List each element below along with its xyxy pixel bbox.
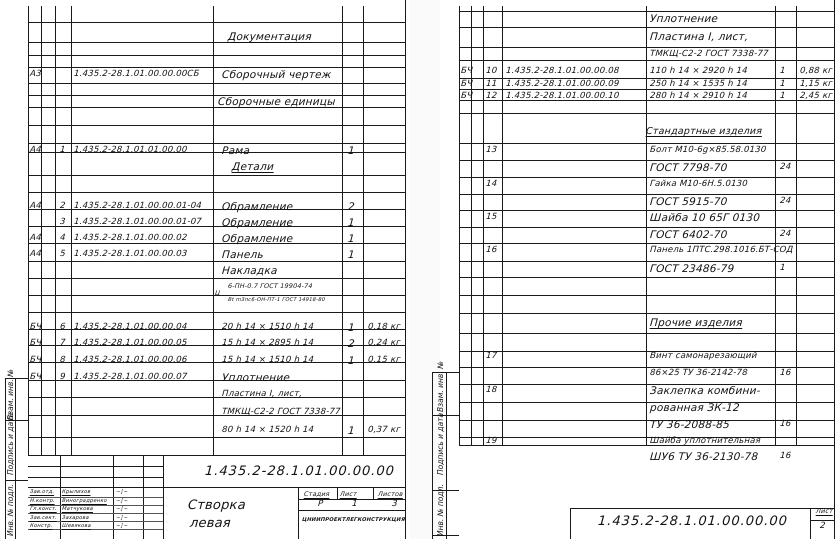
section-other-items: Прочие изделия	[650, 318, 743, 329]
row-position: 12	[486, 92, 498, 101]
sheet-value: 2	[820, 522, 826, 531]
grid-line	[28, 397, 405, 398]
signature-role: Зав.сект.	[30, 516, 57, 521]
row-quantity: 16	[780, 420, 792, 429]
nakladka-prefix: Ц	[215, 290, 221, 296]
grid-line	[28, 55, 405, 56]
signature-name: Матчукова	[62, 507, 94, 512]
section-standard-items: Стандартные изделия	[646, 127, 763, 137]
grid-line	[459, 384, 834, 385]
stage-value: Р	[318, 500, 324, 509]
row-name: Уплотнение	[222, 373, 291, 384]
row-name: Пластина I, лист,	[222, 390, 303, 399]
grid-line	[459, 143, 834, 144]
row-position: 1	[60, 146, 66, 155]
side-label-inv-orig: Инв. № подл.	[6, 484, 15, 536]
grid-line	[55, 6, 56, 455]
row-name: 86×25 ТУ 36-2142-78	[650, 369, 748, 378]
row-designation: 1.435.2-28.1.01.00.00.08	[506, 67, 620, 76]
row-designation: 1.435.2-28.1.01.00.00.07	[74, 373, 188, 382]
grid-line	[459, 277, 834, 278]
grid-line	[570, 508, 834, 509]
row-position: 18	[486, 386, 498, 395]
row-name: Уплотнение	[650, 14, 719, 25]
grid-line	[459, 351, 834, 352]
grid-line	[342, 6, 343, 455]
row-quantity: 16	[780, 369, 792, 378]
grid-line	[459, 89, 834, 90]
title-name-line2: левая	[190, 517, 232, 530]
row-position: 4	[60, 234, 66, 243]
grid-line	[71, 6, 72, 455]
grid-line	[483, 6, 484, 445]
row-position: 5	[60, 250, 66, 259]
row-name: 80 h 14 × 1520 h 14	[222, 426, 315, 435]
row-quantity: 1	[348, 323, 356, 334]
row-position: 14	[486, 180, 498, 189]
row-position: 15	[486, 213, 498, 222]
row-name: Панель	[222, 250, 264, 261]
row-designation: 1.435.2-28.1.01.00.00.00СБ	[74, 70, 200, 79]
row-designation: 1.435.2-28.1.01.00.00.10	[506, 92, 620, 101]
row-format: БЧ	[30, 373, 43, 382]
row-quantity: 1	[348, 234, 356, 245]
row-quantity: 1	[348, 426, 356, 437]
grid-line	[298, 510, 405, 511]
signature-role: Зав.отд.	[30, 490, 55, 495]
row-format: А4	[30, 234, 42, 243]
row-quantity: 1	[348, 356, 356, 367]
row-name: Накладка	[222, 266, 278, 277]
title-designation: 1.435.2-28.1.01.00.00.00	[598, 515, 789, 528]
section-details: Детали	[232, 162, 275, 173]
row-name: Обрамление	[222, 234, 294, 245]
grid-line	[5, 480, 28, 481]
row-name: рованная ЗК-12	[650, 403, 740, 414]
grid-line	[15, 378, 16, 539]
grid-line	[28, 261, 405, 262]
stage-label: Стадия	[304, 491, 330, 497]
grid-line	[28, 95, 405, 96]
row-position: 13	[486, 146, 498, 155]
row-format: БЧ	[30, 339, 43, 348]
grid-line	[459, 60, 834, 61]
side-label-replace-inv: Взам. инв. №	[436, 361, 445, 412]
row-format: БЧ	[461, 92, 474, 101]
row-name: ШУ6 ТУ 36-2130-78	[650, 452, 759, 463]
grid-line	[459, 177, 834, 178]
row-name: 20 h 14 × 1510 h 14	[222, 323, 315, 332]
row-format: БЧ	[461, 80, 474, 89]
row-format: БЧ	[30, 356, 43, 365]
row-name: ТУ 36-2088-85	[650, 420, 731, 431]
grid-line	[28, 83, 405, 84]
signature-mark: ~∫~	[116, 507, 128, 512]
grid-line	[28, 278, 405, 279]
row-designation: 1.435.2-28.1.01.00.00.01-07	[74, 218, 202, 227]
row-quantity: 16	[780, 452, 792, 461]
signature-role: Констр.	[30, 524, 53, 529]
title-designation: 1.435.2-28.1.01.00.00.00	[205, 465, 396, 478]
grid-line	[502, 6, 503, 445]
grid-line	[459, 402, 834, 403]
row-note: 0,24 кг	[368, 339, 401, 348]
row-name: 250 h 14 × 1535 h 14	[650, 80, 748, 89]
row-quantity: 1	[780, 80, 786, 89]
row-name: ГОСТ 23486-79	[650, 264, 735, 275]
row-designation: 1.435.2-28.1.01.00.00.03	[74, 250, 188, 259]
title-name-line1: Створка	[188, 499, 247, 512]
side-label-inv-orig: Инв. № подл.	[436, 484, 445, 536]
grid-line	[28, 415, 405, 416]
row-name: 280 h 14 × 2910 h 14	[650, 92, 748, 101]
grid-line	[163, 455, 164, 539]
row-format: А4	[30, 146, 42, 155]
row-designation: 1.435.2-28.1.01.00.00.05	[74, 339, 188, 348]
grid-line	[363, 6, 364, 455]
row-name: Заклепка комбини-	[650, 386, 761, 397]
row-name: Сборочный чертеж	[222, 70, 332, 81]
grid-line	[459, 367, 834, 368]
spec-sheet-2: Стандартные изделия Прочие изделия Уплот…	[420, 0, 839, 539]
grid-line	[28, 455, 405, 456]
row-note: 0,15 кг	[368, 356, 401, 365]
grid-line	[834, 0, 835, 539]
row-quantity: 1	[348, 250, 356, 261]
sheet-value: 1	[352, 500, 358, 509]
row-quantity: 1	[348, 146, 356, 157]
row-name: Болт М10-6g×85.58.0130	[650, 146, 767, 155]
row-position: 9	[60, 373, 66, 382]
row-note: 2,45 кг	[800, 92, 833, 101]
row-quantity: 24	[780, 163, 792, 172]
row-name: ГОСТ 6402-70	[650, 230, 728, 241]
row-name: 15 h 14 × 1510 h 14	[222, 356, 315, 365]
grid-line	[213, 6, 214, 455]
row-note: 0,18 кг	[368, 323, 401, 332]
row-format: БЧ	[461, 67, 474, 76]
row-quantity: 1	[348, 218, 356, 229]
signature-name: Виноградренко	[62, 499, 107, 504]
row-designation: 1.435.2-28.1.01.00.00.09	[506, 80, 620, 89]
row-position: 10	[486, 67, 498, 76]
grid-line	[298, 487, 299, 539]
spec-sheet-1: Документация Сборочные единицы Детали А3…	[0, 0, 420, 539]
grid-line	[28, 513, 163, 514]
row-note: 1,15 кг	[800, 80, 833, 89]
sheet-label: Лист	[816, 508, 833, 514]
row-format: А3	[30, 70, 42, 79]
grid-line	[459, 445, 834, 446]
grid-line	[459, 261, 834, 262]
row-format: А4	[30, 250, 42, 259]
row-name: Винт самонарезающий	[650, 352, 758, 361]
row-designation: 1.435.2-28.1.01.00.00.02	[74, 234, 188, 243]
row-position: 11	[486, 80, 498, 89]
grid-line	[459, 113, 834, 114]
row-name: ГОСТ 7798-70	[650, 163, 728, 174]
section-documentation: Документация	[228, 32, 312, 43]
row-position: 6	[60, 323, 66, 332]
row-format: БЧ	[30, 323, 43, 332]
side-label-signature-date: Подпись и дата	[436, 413, 445, 475]
grid-line	[459, 27, 834, 28]
row-position: 2	[60, 202, 66, 211]
row-position: 8	[60, 356, 66, 365]
signature-mark: ~∫~	[116, 490, 128, 495]
grid-line	[459, 194, 834, 195]
row-designation: 1.435.2-28.1.01.01.00.00	[74, 146, 188, 155]
grid-line	[570, 508, 571, 539]
signature-mark: ~∫~	[116, 516, 128, 521]
grid-line	[459, 333, 834, 334]
row-name: Рама	[222, 146, 251, 157]
row-position: 19	[486, 437, 498, 446]
row-quantity: 1	[780, 264, 786, 273]
grid-line	[28, 42, 405, 43]
grid-line	[28, 175, 405, 176]
signature-mark: ~∫~	[116, 499, 128, 504]
row-format: А4	[30, 202, 42, 211]
row-name: Пластина I, лист,	[650, 32, 749, 43]
grid-line	[459, 243, 834, 244]
row-position: 3	[60, 218, 66, 227]
grid-line	[405, 0, 406, 539]
row-note: 0,37 кг	[368, 426, 401, 435]
grid-line	[646, 6, 647, 445]
grid-line	[28, 143, 405, 144]
row-name: ТМКЩ-С2-2 ГОСТ 7338-77	[650, 50, 769, 59]
grid-line	[28, 192, 405, 193]
section-assemblies: Сборочные единицы	[218, 97, 336, 108]
row-quantity: 1	[780, 92, 786, 101]
row-position: 17	[486, 352, 498, 361]
grid-line	[459, 227, 834, 228]
signature-name: Крылихов	[62, 490, 91, 495]
row-quantity: 2	[348, 339, 356, 350]
signature-role: Гл.конст.	[30, 507, 57, 512]
row-name: 15 h 14 × 2895 h 14	[222, 339, 315, 348]
row-quantity: 24	[780, 230, 792, 239]
nakladka-line2: Bt m3пс6-ОН-ПТ-1 ГОСТ 14918-80	[228, 298, 326, 303]
row-name: Шайба уплотнительная	[650, 437, 761, 446]
grid-line	[28, 487, 405, 488]
side-label-signature-date: Подпись и дата	[6, 413, 15, 475]
signature-name: Захарова	[62, 516, 89, 521]
grid-line	[459, 210, 834, 211]
grid-line	[796, 6, 797, 445]
grid-line	[459, 313, 834, 314]
row-quantity: 2	[348, 202, 356, 213]
row-name: ТМКЩ-С2-2 ГОСТ 7338-77	[222, 408, 341, 417]
grid-line	[28, 22, 405, 23]
grid-line	[432, 372, 433, 539]
row-quantity: 24	[780, 197, 792, 206]
signature-role: Н.контр.	[30, 499, 55, 504]
row-quantity: 1	[780, 67, 786, 76]
grid-line	[28, 67, 405, 68]
row-designation: 1.435.2-28.1.01.00.00.01-04	[74, 202, 202, 211]
grid-line	[459, 47, 834, 48]
row-name: Обрамление	[222, 218, 294, 229]
row-name: 110 h 14 × 2920 h 14	[650, 67, 748, 76]
grid-line	[459, 437, 834, 438]
sheet-label: Лист	[340, 491, 357, 497]
row-position: 16	[486, 246, 498, 255]
grid-line	[775, 6, 776, 445]
grid-line	[459, 160, 834, 161]
row-name: Шайба 10 65Г 0130	[650, 213, 761, 224]
grid-line	[459, 420, 834, 421]
grid-line	[28, 107, 405, 108]
grid-line	[446, 372, 447, 539]
grid-line	[28, 312, 405, 313]
grid-line	[459, 11, 834, 12]
signature-name: Шевякова	[62, 524, 91, 529]
row-note: 0,88 кг	[800, 67, 833, 76]
grid-line	[373, 487, 374, 499]
organization: ЦНИИПРОЕКТЛЕГКОНСТРУКЦИЯ	[302, 518, 406, 523]
nakladka-line1: 6-ПН-0.7 ГОСТ 19904-74	[228, 283, 313, 289]
row-designation: 1.435.2-28.1.01.00.00.04	[74, 323, 188, 332]
signature-mark: ~∫~	[116, 524, 128, 529]
row-name: ГОСТ 5915-70	[650, 197, 728, 208]
row-designation: 1.435.2-28.1.01.00.00.06	[74, 356, 188, 365]
grid-line	[337, 487, 338, 499]
row-position: 7	[60, 339, 66, 348]
row-name: Обрамление	[222, 202, 294, 213]
grid-line	[28, 437, 405, 438]
sheets-label: Листов	[378, 491, 404, 497]
row-name: Панель 1ПТС.298.1016.БТ-СОД	[650, 246, 794, 255]
row-name: Гайка М10-6Н.5.0130	[650, 180, 748, 189]
grid-line	[810, 508, 811, 539]
sheets-value: 3	[392, 500, 398, 509]
grid-line	[28, 125, 405, 126]
grid-line	[459, 295, 834, 296]
